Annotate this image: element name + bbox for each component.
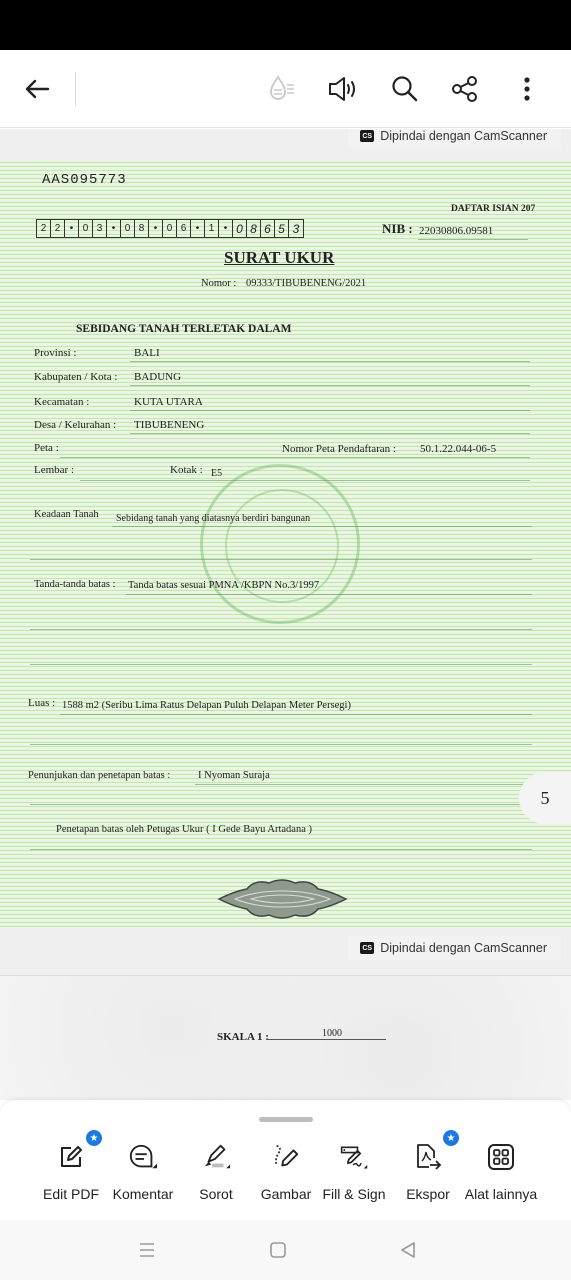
section-heading: SEBIDANG TANAH TERLETAK DALAM <box>76 323 291 335</box>
number-box: • <box>65 220 79 237</box>
number-box: • <box>191 220 205 237</box>
skala-value: 1000 <box>268 1028 386 1040</box>
nomor-peta-value: 50.1.22.044-06-5 <box>420 443 496 455</box>
comment-icon <box>128 1142 158 1172</box>
number-box: 6 <box>177 220 191 237</box>
penunjukan-value: I Nyoman Suraja <box>198 770 270 781</box>
lembar-label: Lembar : <box>34 464 74 476</box>
system-nav-bar <box>0 1220 571 1280</box>
kecamatan-label: Kecamatan : <box>34 396 89 408</box>
keadaan-value: Sebidang tanah yang diatasnya berdiri ba… <box>116 513 310 524</box>
tool-label: Komentar <box>113 1186 174 1202</box>
provinsi-label: Provinsi : <box>34 347 76 359</box>
provinsi-value: BALI <box>134 347 160 359</box>
watermark-label: Dipindai dengan CamScanner <box>380 941 547 955</box>
premium-star-icon: ★ <box>86 1130 102 1146</box>
kotak-label: Kotak : <box>170 464 203 476</box>
nib-value: 22030806.09581 <box>419 225 493 237</box>
number-box: 0 <box>163 220 177 237</box>
number-box: 8 <box>247 220 261 237</box>
nib-label: NIB : <box>382 221 413 237</box>
highlight-icon <box>201 1142 231 1172</box>
parcel-number-boxes: 22•03•08•06•1•08653 <box>36 219 304 238</box>
tool-label: Edit PDF <box>43 1186 99 1202</box>
draw-icon <box>271 1142 301 1172</box>
stamp-seal <box>200 464 360 624</box>
home-icon[interactable] <box>266 1238 290 1262</box>
number-box: 0 <box>79 220 93 237</box>
tool-komentar[interactable]: Komentar <box>103 1142 183 1202</box>
camscanner-watermark: CS Dipindai dengan CamScanner <box>348 129 561 148</box>
edit-pdf-icon <box>57 1143 85 1171</box>
nomor-label: Nomor : <box>201 278 236 289</box>
search-icon[interactable] <box>388 72 422 106</box>
tool-sorot[interactable]: Sorot <box>176 1142 256 1202</box>
number-box: 6 <box>261 220 275 237</box>
luas-value: 1588 m2 (Seribu Lima Ratus Delapan Puluh… <box>62 700 351 711</box>
kabupaten-label: Kabupaten / Kota : <box>34 371 117 383</box>
number-box: • <box>107 220 121 237</box>
drag-handle[interactable] <box>259 1117 313 1122</box>
status-bar <box>0 0 571 50</box>
tool-ekspor[interactable]: ★ Ekspor <box>388 1142 468 1202</box>
luas-label: Luas : <box>28 697 55 709</box>
tool-fill-sign[interactable]: Fill & Sign <box>314 1142 394 1202</box>
penunjukan-label: Penunjukan dan penetapan batas : <box>28 770 170 781</box>
tool-alat-lainnya[interactable]: Alat lainnya <box>461 1142 541 1202</box>
form-label: DAFTAR ISIAN 207 <box>451 204 535 214</box>
number-box: 2 <box>51 220 65 237</box>
keadaan-label: Keadaan Tanah <box>34 509 99 520</box>
tanda-batas-value: Tanda batas sesuai PMNA /KBPN No.3/1997 <box>128 580 319 591</box>
number-box: 1 <box>205 220 219 237</box>
kabupaten-value: BADUNG <box>134 371 181 383</box>
number-box: 0 <box>233 220 247 237</box>
share-icon[interactable] <box>448 72 482 106</box>
number-box: 0 <box>121 220 135 237</box>
nomor-value: 09333/TIBUBENENG/2021 <box>246 278 366 289</box>
tool-label: Ekspor <box>406 1186 450 1202</box>
pdf-viewer[interactable]: CS Dipindai dengan CamScanner AAS095773 … <box>0 129 571 1100</box>
premium-star-icon: ★ <box>443 1130 459 1146</box>
number-box: 8 <box>135 220 149 237</box>
serial-number: AAS095773 <box>42 172 127 188</box>
tool-label: Alat lainnya <box>465 1186 537 1202</box>
liquid-mode-icon <box>266 72 300 106</box>
camscanner-logo-icon: CS <box>360 130 374 142</box>
peta-label: Peta : <box>34 442 59 454</box>
tools-bottom-sheet: ★ Edit PDF Komentar Sorot Gambar Fill & … <box>0 1100 571 1220</box>
back-arrow-icon[interactable] <box>20 72 54 106</box>
number-box: 2 <box>37 220 51 237</box>
document-title: SURAT UKUR <box>224 248 334 268</box>
number-box: 3 <box>93 220 107 237</box>
recent-apps-icon[interactable] <box>135 1238 159 1262</box>
desa-label: Desa / Kelurahan : <box>34 419 116 431</box>
tool-label: Sorot <box>199 1186 232 1202</box>
watermark-label: Dipindai dengan CamScanner <box>380 129 547 143</box>
read-aloud-icon[interactable] <box>326 72 360 106</box>
app-bar <box>0 50 571 128</box>
tool-label: Fill & Sign <box>322 1186 385 1202</box>
export-pdf-icon <box>413 1142 443 1172</box>
page-number-indicator: 5 <box>519 772 571 824</box>
camscanner-watermark-2: CS Dipindai dengan CamScanner <box>348 936 561 960</box>
kotak-value: E5 <box>211 468 222 479</box>
pdf-page: AAS095773 22•03•08•06•1•08653 DAFTAR ISI… <box>0 159 571 927</box>
camscanner-logo-icon: CS <box>360 942 374 954</box>
kecamatan-value: KUTA UTARA <box>134 396 203 408</box>
nomor-peta-label: Nomor Peta Pendaftaran : <box>282 443 396 455</box>
number-box: 5 <box>275 220 289 237</box>
desa-value: TIBUBENENG <box>134 419 204 431</box>
skala-label: SKALA 1 : <box>217 1031 269 1043</box>
tanda-batas-label: Tanda-tanda batas : <box>34 579 115 590</box>
security-rosette <box>215 877 350 921</box>
number-box: • <box>149 220 163 237</box>
number-box: 3 <box>289 220 303 237</box>
number-box: • <box>219 220 233 237</box>
tool-edit-pdf[interactable]: ★ Edit PDF <box>31 1142 111 1202</box>
tool-label: Gambar <box>261 1186 312 1202</box>
fill-sign-icon <box>339 1142 369 1172</box>
penetapan-text: Penetapan batas oleh Petugas Ukur ( I Ge… <box>56 824 312 835</box>
more-vertical-icon[interactable] <box>510 72 544 106</box>
more-tools-icon <box>486 1142 516 1172</box>
back-icon[interactable] <box>396 1238 420 1262</box>
app-bar-divider <box>75 72 76 106</box>
pdf-page-2: SKALA 1 : 1000 <box>0 975 571 1100</box>
